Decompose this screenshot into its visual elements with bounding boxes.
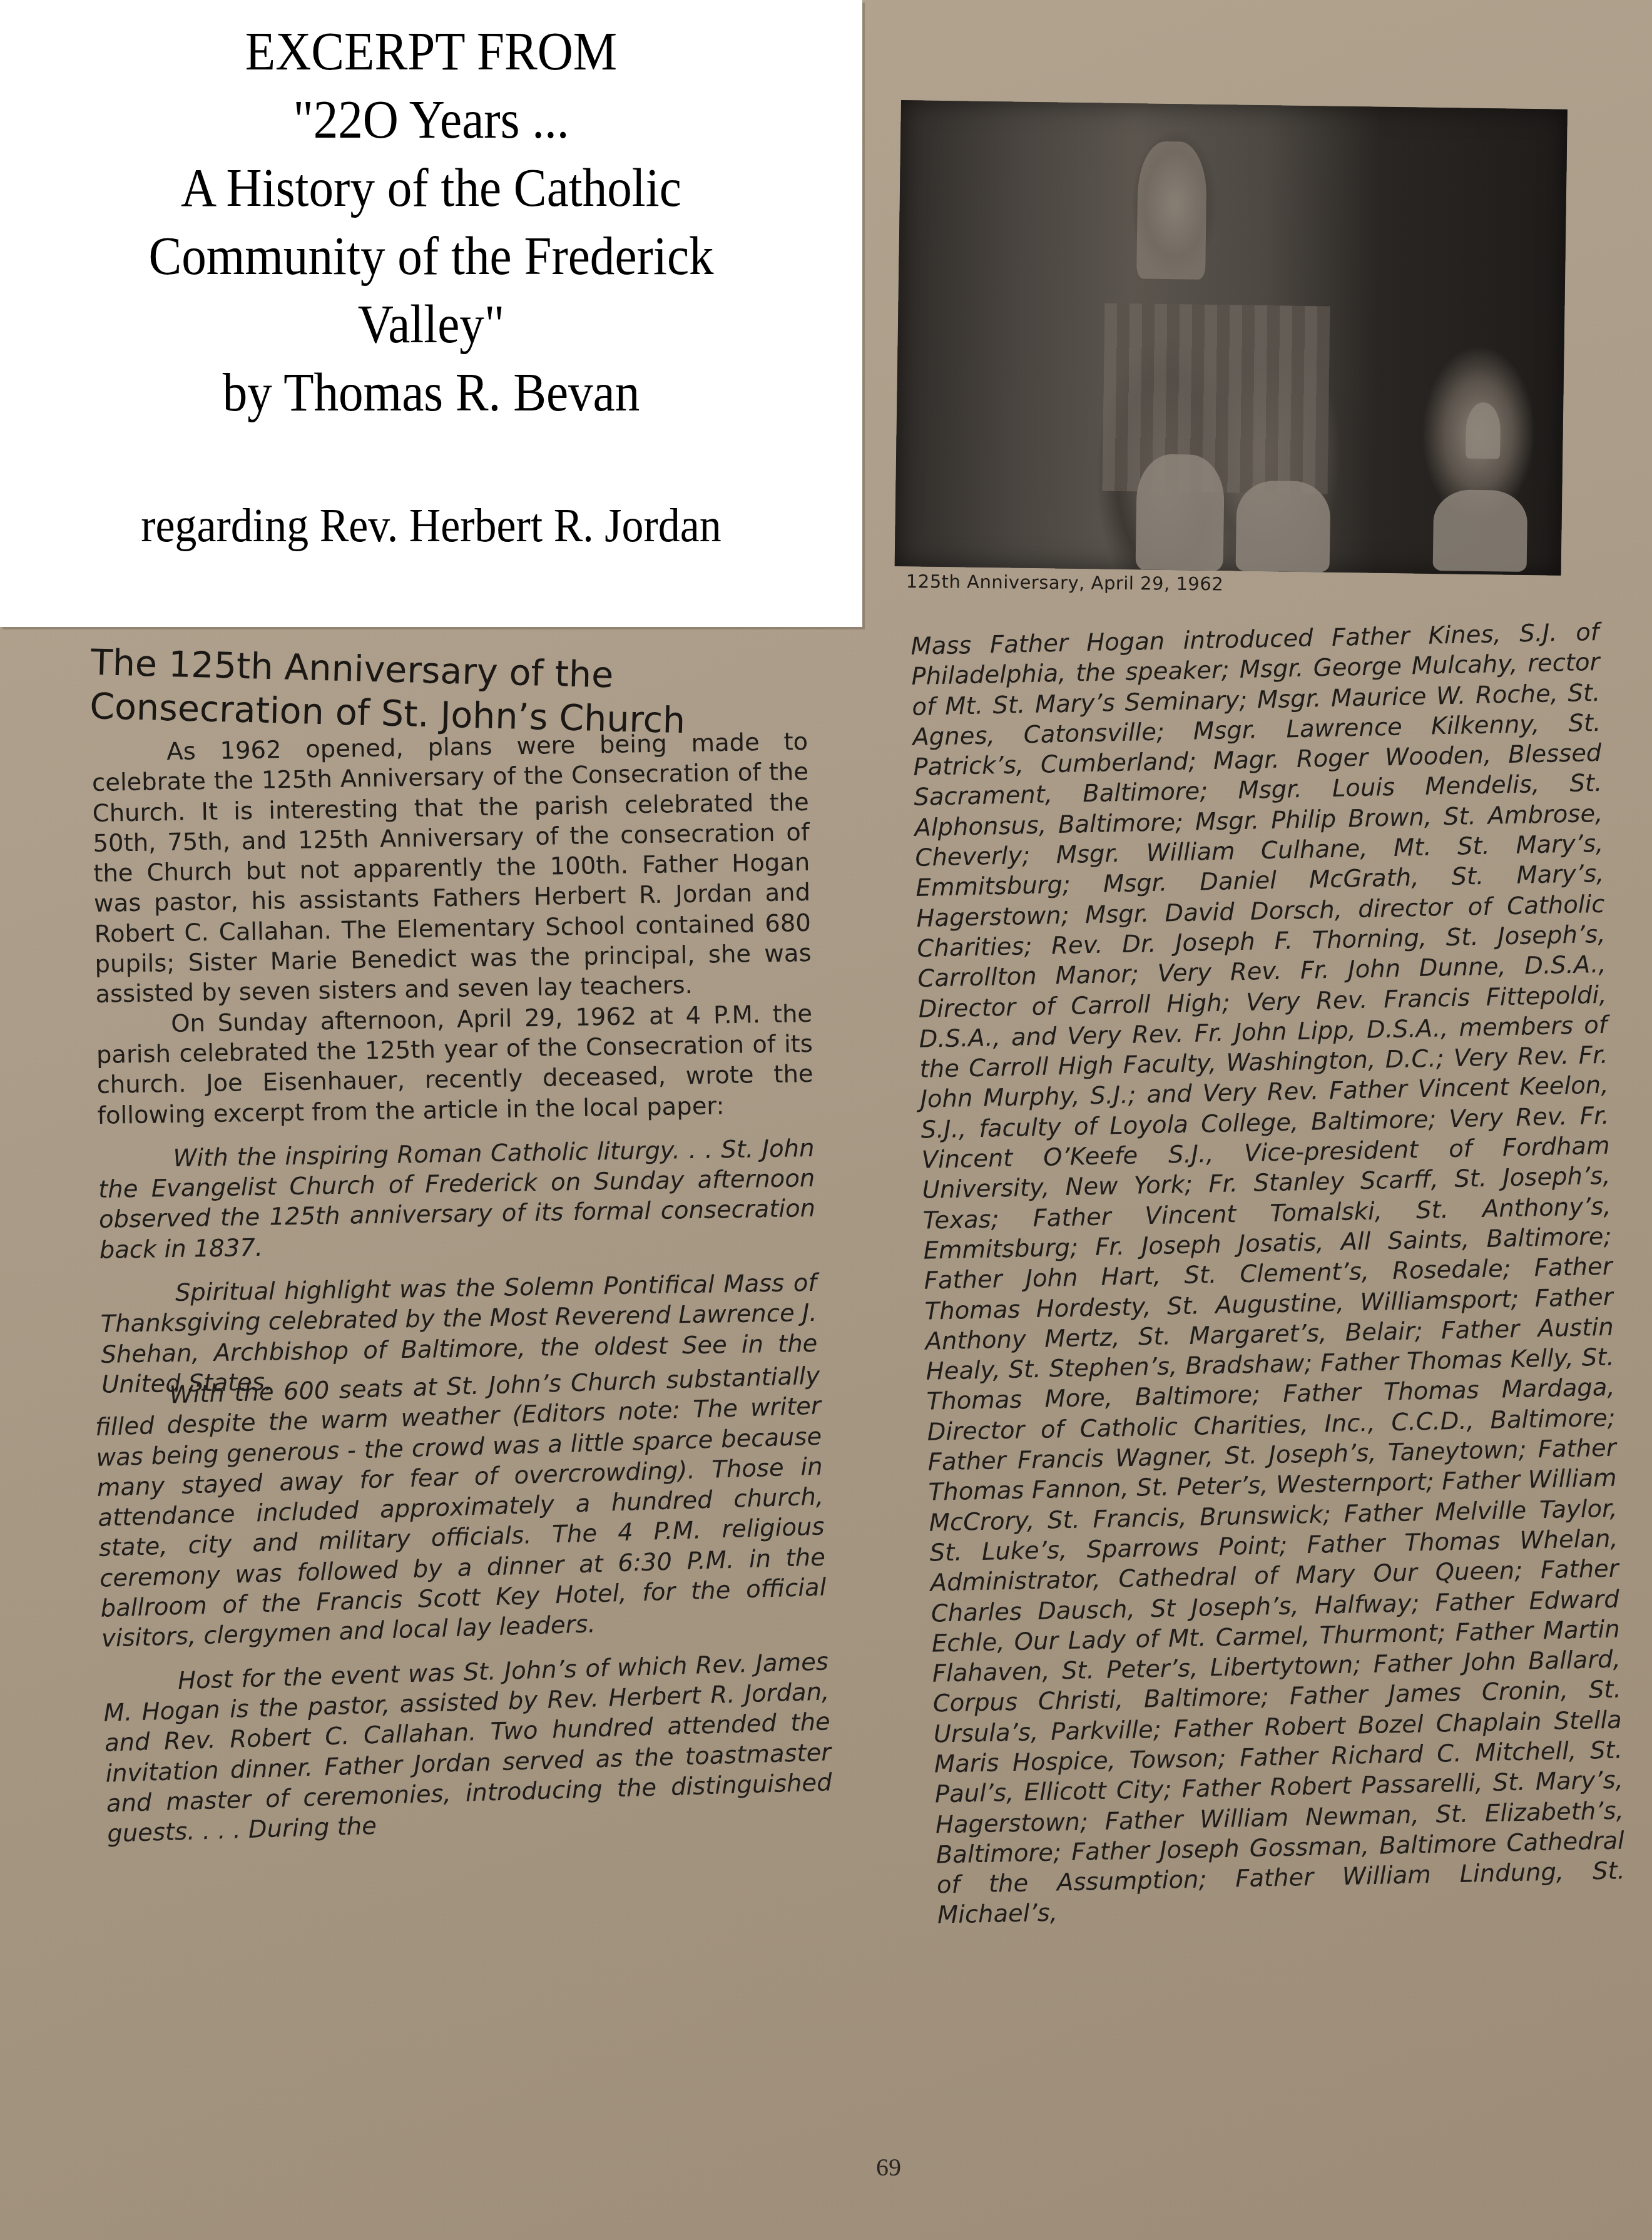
body-paragraph: As 1962 opened, plans were being made to… bbox=[91, 727, 812, 1011]
title-line: by Thomas R. Bevan bbox=[34, 359, 828, 427]
quote-paragraph: With the inspiring Roman Catholic liturg… bbox=[98, 1134, 816, 1266]
bishop-figure bbox=[1433, 489, 1528, 572]
title-line: A History of the Catholic bbox=[34, 154, 828, 222]
pulpit-shape bbox=[1102, 303, 1330, 494]
excerpt-title: EXCERPT FROM "22O Years ... A History of… bbox=[34, 18, 828, 427]
title-line: Community of the Frederick bbox=[34, 222, 828, 290]
quote-paragraph: With the 600 seats at St. John’s Church … bbox=[94, 1362, 827, 1655]
right-column: Mass Father Hogan introduced Father Kine… bbox=[910, 618, 1626, 1931]
left-column-continued: With the 600 seats at St. John’s Church … bbox=[94, 1362, 834, 1850]
quote-paragraph: Host for the event was St. John’s of whi… bbox=[103, 1647, 834, 1850]
regarding-subtitle: regarding Rev. Herbert R. Jordan bbox=[34, 494, 828, 557]
preacher-figure bbox=[1136, 141, 1207, 280]
title-line: Valley" bbox=[34, 290, 828, 359]
guest-list-paragraph: Mass Father Hogan introduced Father Kine… bbox=[910, 618, 1626, 1931]
title-line: "22O Years ... bbox=[34, 86, 828, 154]
priest-figure bbox=[1236, 481, 1331, 573]
left-column: As 1962 opened, plans were being made to… bbox=[91, 727, 818, 1400]
title-line: EXCERPT FROM bbox=[34, 18, 828, 86]
priest-figure bbox=[1136, 454, 1225, 571]
photo-caption: 125th Anniversary, April 29, 1962 bbox=[906, 571, 1224, 594]
page-number: 69 bbox=[876, 2152, 901, 2182]
body-paragraph: On Sunday afternoon, April 29, 1962 at 4… bbox=[96, 999, 814, 1131]
title-overlay: EXCERPT FROM "22O Years ... A History of… bbox=[0, 0, 862, 627]
mitre-shape bbox=[1466, 402, 1501, 459]
anniversary-photo bbox=[895, 100, 1568, 576]
